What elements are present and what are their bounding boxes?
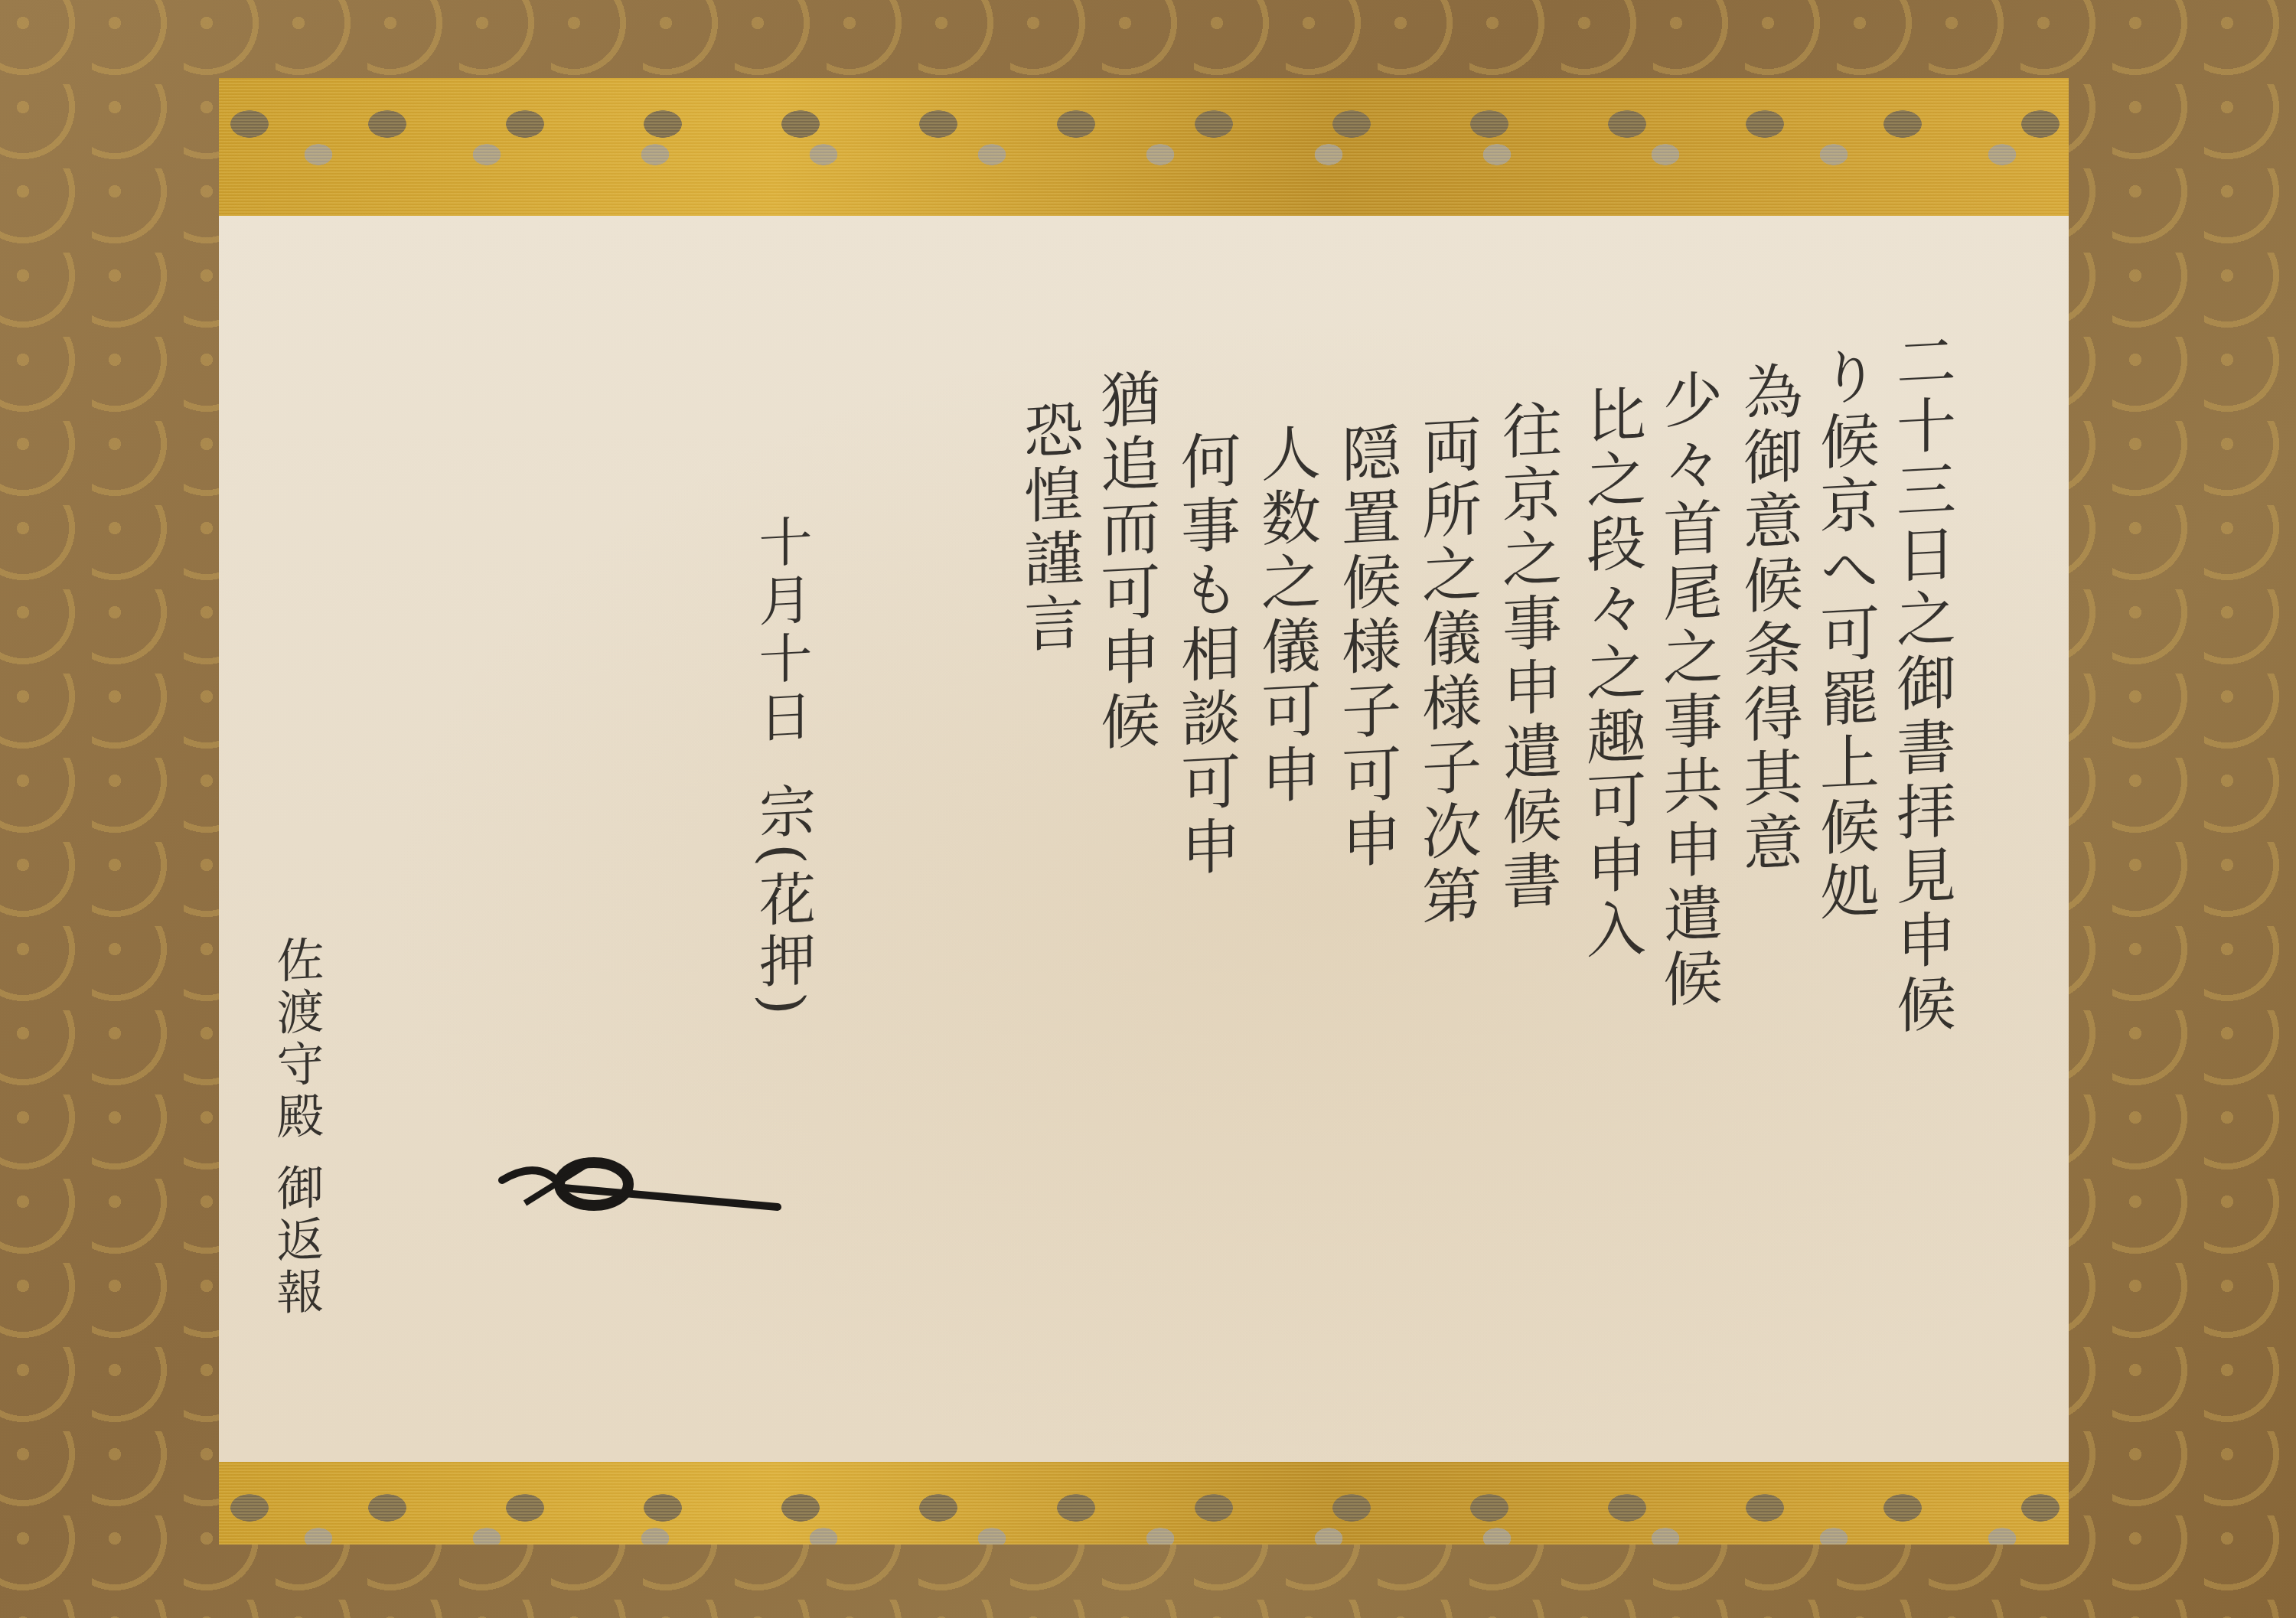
text-column-12: 恐惶謹言 (1019, 398, 1078, 658)
bottom-brocade-band (219, 1462, 2069, 1545)
text-column-1: 二十三日之御書拝見申候 (1891, 329, 1951, 1039)
text-column-9: 人数之儀可申 (1256, 421, 1316, 810)
letter-paper: 二十三日之御書拝見申候 り候京へ可罷上候処 為御意候条得其意 少々首尾之事共申遣… (219, 216, 2069, 1462)
text-column-2: り候京へ可罷上候処 (1815, 344, 1874, 926)
kao-monogram-icon (494, 1134, 785, 1234)
addressee-column: 佐渡守殿 御返報 (272, 934, 320, 1320)
text-column-7: 両所之儀様子次第 (1417, 413, 1476, 931)
text-column-10: 何事も相談可申 (1176, 429, 1235, 882)
text-column-11: 猶追而可申候 (1095, 367, 1155, 756)
top-brocade-band (219, 78, 2069, 216)
signer-column: 宗(花押) (755, 781, 811, 1021)
text-column-3: 為御意候条得其意 (1738, 360, 1798, 877)
date-column: 十月十日 (755, 513, 808, 749)
text-column-4: 少々首尾之事共申遣候 (1658, 367, 1717, 1013)
text-column-8: 隠置候様子可申 (1336, 421, 1396, 874)
text-column-5: 比之段々之趣可申入 (1581, 383, 1641, 964)
text-column-6: 往京之事申遣候書 (1497, 398, 1557, 915)
scroll-mounting: 二十三日之御書拝見申候 り候京へ可罷上候処 為御意候条得其意 少々首尾之事共申遣… (0, 0, 2296, 1618)
